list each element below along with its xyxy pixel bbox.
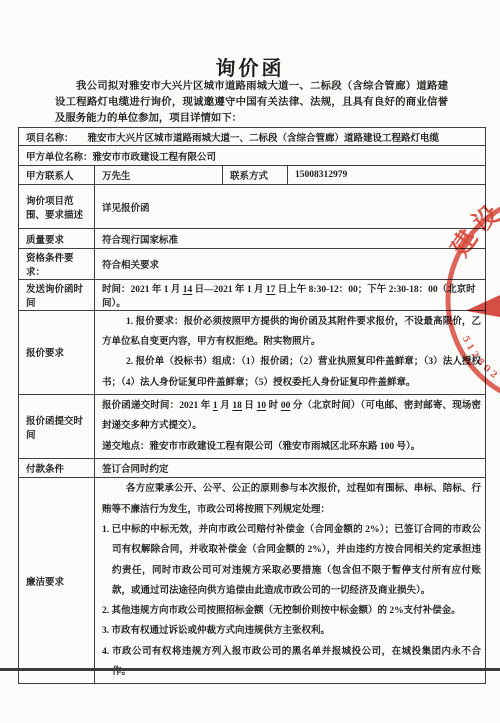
table-row-quality: 质量要求 符合现行国家标准 (19, 229, 486, 249)
table-row-integrity: 廉洁要求 各方应秉承公开、公平、公正的原则参与本次报价，过程如有围标、串标、陪标… (19, 478, 486, 684)
table-row-quote-requirements: 报价要求 1. 报价要求：报价必须按照甲方提供的询价函及其附件要求报价，不设最高… (19, 311, 486, 395)
quote-req-paragraph-2: 2. 报价单（投标书）组成：（1）报价函；（2）营业执照复印件盖鲜章；（3）法人… (102, 352, 481, 392)
integrity-label: 廉洁要求 (19, 478, 95, 684)
project-name-label: 项目名称： (26, 134, 74, 144)
table-row-submit-time: 报价函提交时间 报价函递交时间：2021 年 1 月 18 日 10 时 00 … (19, 394, 486, 459)
send-time-value: 时间：2021 年 1 月 14 日—2021 年 1 月 17 日上午 8:3… (95, 280, 486, 311)
document-title: 询价函 (0, 52, 500, 81)
table-row-contact: 甲方联系人 万先生 联系方式 15008312979 (19, 166, 486, 185)
submit-time-label: 报价函提交时间 (19, 394, 95, 459)
party-a-value: 雅安市市政建设工程有限公司 (93, 153, 217, 163)
project-name-value: 雅安市大兴片区城市道路雨城大道一、二标段（含综合管廊）道路建设工程路灯电缆 (88, 134, 440, 144)
table-row-party-a: 甲方单位名称：雅安市市政建设工程有限公司 (19, 146, 486, 166)
quality-label: 质量要求 (19, 229, 95, 249)
payment-value: 签订合同时约定 (95, 459, 486, 478)
integrity-item-1: 1. 已中标的中标无效，并向市政公司赔付补偿金（合同金额的 2%）；已签订合同的… (102, 520, 481, 601)
quote-requirements-value: 1. 报价要求：报价必须按照甲方提供的询价函及其附件要求报价，不设最高限价，乙方… (95, 311, 486, 395)
phone-label: 联系方式 (223, 166, 288, 185)
quote-req-paragraph-1: 1. 报价要求：报价必须按照甲方提供的询价函及其附件要求报价，不设最高限价，乙方… (102, 312, 481, 352)
scanner-edge-line (0, 668, 500, 671)
send-time-label: 发送询价函时间 (19, 280, 95, 311)
submit-time-line-1: 报价函递交时间：2021 年 1 月 18 日 10 时 00 分（北京时间）（… (102, 396, 481, 437)
integrity-intro: 各方应秉承公开、公平、公正的原则参与本次报价，过程如有围标、串标、陪标、行贿等不… (102, 479, 481, 520)
integrity-value: 各方应秉承公开、公平、公正的原则参与本次报价，过程如有围标、串标、陪标、行贿等不… (95, 478, 486, 684)
table-row-payment: 付款条件 签订合同时约定 (19, 459, 486, 478)
payment-label: 付款条件 (19, 459, 95, 478)
scanned-document-page: 询价函 我公司拟对雅安市大兴片区城市道路雨城大道一、二标段（含综合管廊）道路建设… (0, 0, 500, 723)
party-a-label: 甲方单位名称： (26, 153, 93, 163)
phone-number: 15008312979 (288, 166, 486, 185)
qualification-value: 符合相关要求 (95, 249, 486, 280)
qualification-label: 资格条件要求： (19, 249, 95, 280)
table-row-qualification: 资格条件要求： 符合相关要求 (19, 249, 486, 280)
submit-time-value: 报价函递交时间：2021 年 1 月 18 日 10 时 00 分（北京时间）（… (95, 394, 486, 459)
contact-name: 万先生 (95, 166, 223, 185)
quote-requirements-label: 报价要求 (19, 311, 95, 395)
scope-label: 询价项目范围、要求描述 (19, 185, 95, 229)
integrity-item-3: 3. 市政有权通过诉讼或仲裁方式向违规供方主张权利。 (102, 621, 481, 641)
table-row-scope: 询价项目范围、要求描述 详见报价函 (19, 185, 486, 229)
intro-paragraph: 我公司拟对雅安市大兴片区城市道路雨城大道一、二标段（含综合管廊）道路建设工程路灯… (55, 79, 448, 127)
inquiry-table: 项目名称：雅安市大兴片区城市道路雨城大道一、二标段（含综合管廊）道路建设工程路灯… (18, 127, 486, 684)
integrity-item-2: 2. 其他违规方向市政公司按照招标金额（无控制价则按中标金额）的 2%支付补偿金… (102, 601, 481, 621)
table-row-project: 项目名称：雅安市大兴片区城市道路雨城大道一、二标段（含综合管廊）道路建设工程路灯… (19, 128, 486, 146)
quality-value: 符合现行国家标准 (95, 229, 486, 249)
submit-time-line-2: 递交地点：雅安市市政建设工程有限公司（雅安市雨城区北环东路 100 号）。 (102, 437, 481, 458)
table-row-send-time: 发送询价函时间 时间：2021 年 1 月 14 日—2021 年 1 月 17… (19, 280, 486, 311)
contact-label: 甲方联系人 (19, 166, 95, 185)
scope-value: 详见报价函 (95, 185, 486, 229)
integrity-item-4: 4. 市政公司有权将违规方列入报市政公司的黑名单并报城投公司，在城投集团内永不合… (102, 642, 481, 683)
